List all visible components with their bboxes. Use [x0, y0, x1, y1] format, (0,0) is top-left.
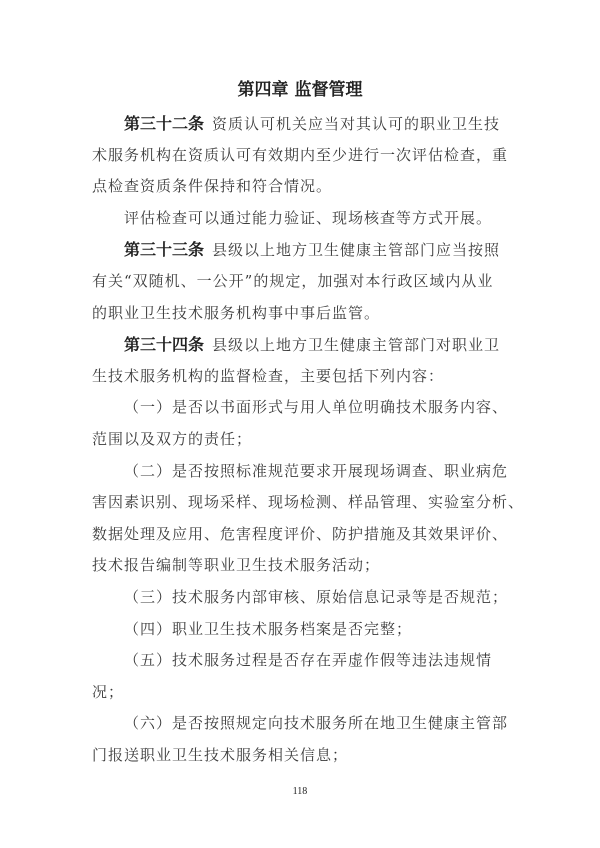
document-page: 第四章 监督管理 第三十二条资质认可机关应当对其认可的职业卫生技 术服务机构在资…	[0, 0, 600, 848]
item-2-line-1: （二）是否按照标准规范要求开展现场调查、职业病危	[92, 456, 510, 488]
item-3: （三）技术服务内部审核、原始信息记录等是否规范；	[92, 582, 510, 614]
chapter-title: 第四章 监督管理	[0, 75, 600, 100]
article-34-line-1: 第三十四条县级以上地方卫生健康主管部门对职业卫	[92, 329, 510, 361]
item-6-line-1: （六）是否按照规定向技术服务所在地卫生健康主管部	[92, 708, 510, 740]
item-2-line-2: 害因素识别、现场采样、现场检测、样品管理、实验室分析、	[92, 487, 510, 519]
document-body: 第三十二条资质认可机关应当对其认可的职业卫生技 术服务机构在资质认可有效期内至少…	[92, 108, 510, 771]
article-heading: 第三十四条	[124, 335, 204, 354]
item-2-line-4: 技术报告编制等职业卫生技术服务活动；	[92, 550, 510, 582]
item-5-line-2: 况；	[92, 677, 510, 709]
article-32-line-3: 点检查资质条件保持和符合情况。	[92, 171, 510, 203]
article-heading: 第三十三条	[124, 240, 204, 259]
article-33-line-1: 第三十三条县级以上地方卫生健康主管部门应当按照	[92, 234, 510, 266]
article-33-line-3: 的职业卫生技术服务机构事中事后监管。	[92, 298, 510, 330]
article-33-line-2: 有关“双随机、一公开”的规定，加强对本行政区域内从业	[92, 266, 510, 298]
article-34-line-2: 生技术服务机构的监督检查，主要包括下列内容：	[92, 361, 510, 393]
item-5-line-1: （五）技术服务过程是否存在弄虚作假等违法违规情	[92, 645, 510, 677]
item-2-line-3: 数据处理及应用、危害程度评价、防护措施及其效果评价、	[92, 519, 510, 551]
article-32-line-2: 术服务机构在资质认可有效期内至少进行一次评估检查，重	[92, 140, 510, 172]
item-1-line-2: 范围以及双方的责任；	[92, 424, 510, 456]
item-4: （四）职业卫生技术服务档案是否完整；	[92, 614, 510, 646]
item-6-line-2: 门报送职业卫生技术服务相关信息；	[92, 740, 510, 772]
article-32-line-1: 第三十二条资质认可机关应当对其认可的职业卫生技	[92, 108, 510, 140]
article-text: 县级以上地方卫生健康主管部门对职业卫	[212, 336, 500, 354]
article-text: 县级以上地方卫生健康主管部门应当按照	[212, 241, 500, 259]
item-1-line-1: （一）是否以书面形式与用人单位明确技术服务内容、	[92, 392, 510, 424]
page-number: 118	[0, 786, 600, 797]
article-32-paragraph-2: 评估检查可以通过能力验证、现场核查等方式开展。	[92, 203, 510, 235]
article-heading: 第三十二条	[124, 114, 204, 133]
article-text: 资质认可机关应当对其认可的职业卫生技	[212, 115, 500, 133]
